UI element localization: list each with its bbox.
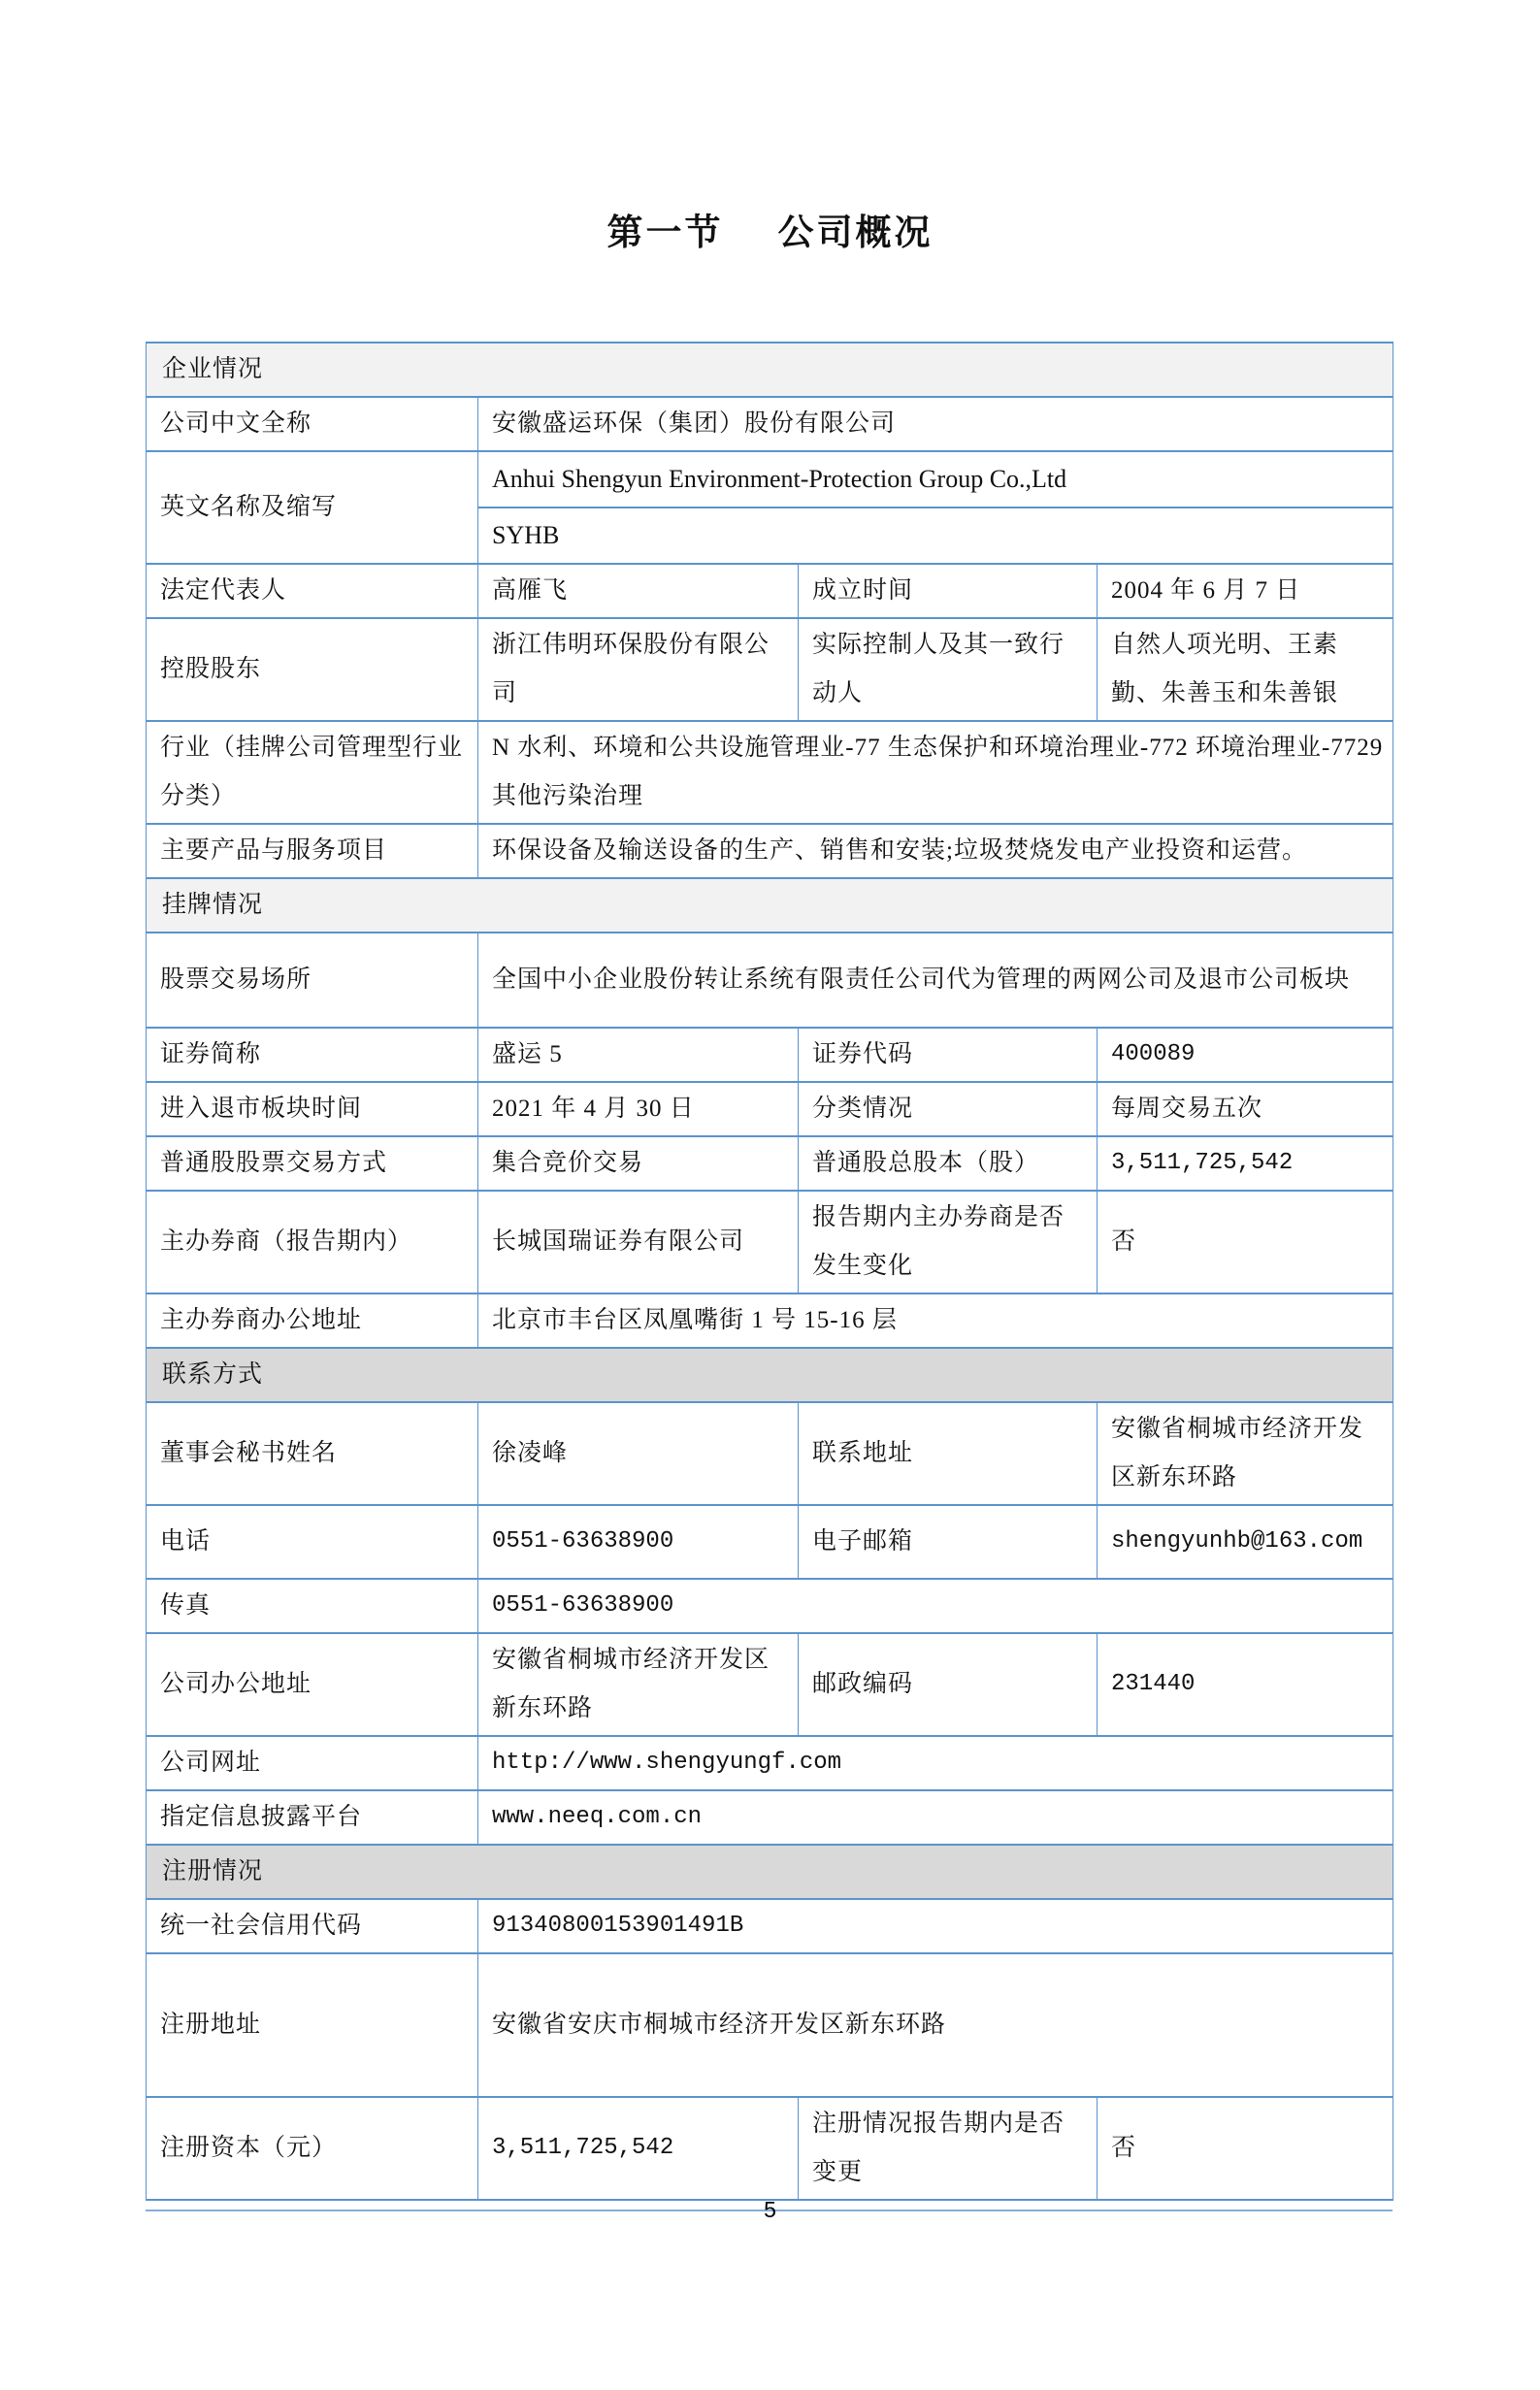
row-sponsor: 主办券商（报告期内） 长城国瑞证券有限公司 报告期内主办券商是否发生变化 否 xyxy=(147,1191,1393,1293)
cell-value: 91340800153901491B xyxy=(478,1899,1393,1953)
cell-label: 普通股股票交易方式 xyxy=(147,1136,478,1191)
cell-label: 法定代表人 xyxy=(147,564,478,618)
row-registered-address: 注册地址 安徽省安庆市桐城市经济开发区新东环路 xyxy=(147,1953,1393,2097)
cell-label: 控股股东 xyxy=(147,618,478,721)
cell-value: 2004 年 6 月 7 日 xyxy=(1098,564,1393,618)
row-trading-method: 普通股股票交易方式 集合竞价交易 普通股总股本（股） 3,511,725,542 xyxy=(147,1136,1393,1191)
row-products: 主要产品与服务项目 环保设备及输送设备的生产、销售和安装;垃圾焚烧发电产业投资和… xyxy=(147,824,1393,878)
cell-label: 指定信息披露平台 xyxy=(147,1790,478,1845)
cell-label: 统一社会信用代码 xyxy=(147,1899,478,1953)
cell-label: 股票交易场所 xyxy=(147,933,478,1028)
cell-label: 联系地址 xyxy=(799,1402,1098,1505)
cell-label: 报告期内主办券商是否发生变化 xyxy=(799,1191,1098,1293)
cell-label: 证券代码 xyxy=(799,1028,1098,1082)
cell-value: 0551-63638900 xyxy=(478,1579,1393,1633)
cell-label: 注册地址 xyxy=(147,1953,478,2097)
cell-value: 安徽省桐城市经济开发区新东环路 xyxy=(1098,1402,1393,1505)
cell-label: 实际控制人及其一致行动人 xyxy=(799,618,1098,721)
cell-label: 普通股总股本（股） xyxy=(799,1136,1098,1191)
cell-value: 400089 xyxy=(1098,1028,1393,1082)
row-holder: 控股股东 浙江伟明环保股份有限公司 实际控制人及其一致行动人 自然人项光明、王素… xyxy=(147,618,1393,721)
row-phone: 电话 0551-63638900 电子邮箱 shengyunhb@163.com xyxy=(147,1505,1393,1579)
cell-label: 公司中文全称 xyxy=(147,397,478,451)
section-header-label: 注册情况 xyxy=(147,1845,1393,1899)
cell-value: 安徽盛运环保（集团）股份有限公司 xyxy=(478,397,1393,451)
cell-value: 3,511,725,542 xyxy=(1098,1136,1393,1191)
section-header-registration: 注册情况 xyxy=(147,1845,1393,1899)
row-en-name-full: 英文名称及缩写 Anhui Shengyun Environment-Prote… xyxy=(147,451,1393,507)
cell-value: 否 xyxy=(1098,2097,1393,2200)
cell-value: Anhui Shengyun Environment-Protection Gr… xyxy=(478,451,1393,507)
cell-value: N 水利、环境和公共设施管理业-77 生态保护和环境治理业-772 环境治理业-… xyxy=(478,721,1393,824)
cell-label: 英文名称及缩写 xyxy=(147,451,478,564)
cell-value: 自然人项光明、王素勤、朱善玉和朱善银 xyxy=(1098,618,1393,721)
cell-label: 注册资本（元） xyxy=(147,2097,478,2200)
section-header-label: 挂牌情况 xyxy=(147,878,1393,933)
cell-value: 安徽省桐城市经济开发区新东环路 xyxy=(478,1633,799,1736)
cell-label: 主办券商（报告期内） xyxy=(147,1191,478,1293)
page-number: 5 xyxy=(0,2197,1540,2223)
cell-label: 公司网址 xyxy=(147,1736,478,1790)
section-header-listing: 挂牌情况 xyxy=(147,878,1393,933)
row-ticker: 证券简称 盛运 5 证券代码 400089 xyxy=(147,1028,1393,1082)
cell-label: 行业（挂牌公司管理型行业分类） xyxy=(147,721,478,824)
page-title: 第一节公司概况 xyxy=(0,212,1540,256)
cell-value: 北京市丰台区凤凰嘴街 1 号 15-16 层 xyxy=(478,1293,1393,1348)
row-venue: 股票交易场所 全国中小企业股份转让系统有限责任公司代为管理的两网公司及退市公司板… xyxy=(147,933,1393,1028)
cell-value: 徐凌峰 xyxy=(478,1402,799,1505)
cell-value: 否 xyxy=(1098,1191,1393,1293)
cell-value: 2021 年 4 月 30 日 xyxy=(478,1082,799,1136)
cell-value: 集合竞价交易 xyxy=(478,1136,799,1191)
cell-label: 证券简称 xyxy=(147,1028,478,1082)
cell-label: 主办券商办公地址 xyxy=(147,1293,478,1348)
cell-value: 高雁飞 xyxy=(478,564,799,618)
cell-value: 安徽省安庆市桐城市经济开发区新东环路 xyxy=(478,1953,1393,2097)
cell-label: 电子邮箱 xyxy=(799,1505,1098,1579)
row-office-address: 公司办公地址 安徽省桐城市经济开发区新东环路 邮政编码 231440 xyxy=(147,1633,1393,1736)
row-delist-date: 进入退市板块时间 2021 年 4 月 30 日 分类情况 每周交易五次 xyxy=(147,1082,1393,1136)
section-header-company: 企业情况 xyxy=(147,343,1393,397)
document-page: 第一节公司概况 企业情况 公司中文全称 安徽盛运环保（集团）股份有限公司 英文名… xyxy=(0,212,1540,2390)
cell-label: 成立时间 xyxy=(799,564,1098,618)
cell-label: 电话 xyxy=(147,1505,478,1579)
section-header-contact: 联系方式 xyxy=(147,1348,1393,1402)
row-credit-code: 统一社会信用代码 91340800153901491B xyxy=(147,1899,1393,1953)
cell-label: 邮政编码 xyxy=(799,1633,1098,1736)
cell-value: 231440 xyxy=(1098,1633,1393,1736)
title-text: 公司概况 xyxy=(778,213,934,253)
row-secretary: 董事会秘书姓名 徐凌峰 联系地址 安徽省桐城市经济开发区新东环路 xyxy=(147,1402,1393,1505)
section-header-label: 联系方式 xyxy=(147,1348,1393,1402)
cell-value: 每周交易五次 xyxy=(1098,1082,1393,1136)
cell-value: SYHB xyxy=(478,507,1393,564)
section-header-label: 企业情况 xyxy=(147,343,1393,397)
cell-label: 传真 xyxy=(147,1579,478,1633)
cell-value: 0551-63638900 xyxy=(478,1505,799,1579)
cell-label: 分类情况 xyxy=(799,1082,1098,1136)
company-info-table: 企业情况 公司中文全称 安徽盛运环保（集团）股份有限公司 英文名称及缩写 Anh… xyxy=(146,342,1393,2201)
cell-value: 盛运 5 xyxy=(478,1028,799,1082)
cell-value: 3,511,725,542 xyxy=(478,2097,799,2200)
cell-value: 长城国瑞证券有限公司 xyxy=(478,1191,799,1293)
cell-value: 全国中小企业股份转让系统有限责任公司代为管理的两网公司及退市公司板块 xyxy=(478,933,1393,1028)
row-sponsor-address: 主办券商办公地址 北京市丰台区凤凰嘴街 1 号 15-16 层 xyxy=(147,1293,1393,1348)
row-fax: 传真 0551-63638900 xyxy=(147,1579,1393,1633)
row-disclosure-platform: 指定信息披露平台 www.neeq.com.cn xyxy=(147,1790,1393,1845)
cell-label: 董事会秘书姓名 xyxy=(147,1402,478,1505)
cell-value: http://www.shengyungf.com xyxy=(478,1736,1393,1790)
cell-value: 浙江伟明环保股份有限公司 xyxy=(478,618,799,721)
cell-label: 进入退市板块时间 xyxy=(147,1082,478,1136)
cell-label: 公司办公地址 xyxy=(147,1633,478,1736)
row-registered-capital: 注册资本（元） 3,511,725,542 注册情况报告期内是否变更 否 xyxy=(147,2097,1393,2200)
cell-value: 环保设备及输送设备的生产、销售和安装;垃圾焚烧发电产业投资和运营。 xyxy=(478,824,1393,878)
cell-value: www.neeq.com.cn xyxy=(478,1790,1393,1845)
cell-value: shengyunhb@163.com xyxy=(1098,1505,1393,1579)
cell-label: 主要产品与服务项目 xyxy=(147,824,478,878)
cell-label: 注册情况报告期内是否变更 xyxy=(799,2097,1098,2200)
row-legal-rep: 法定代表人 高雁飞 成立时间 2004 年 6 月 7 日 xyxy=(147,564,1393,618)
title-section-number: 第一节 xyxy=(607,213,724,253)
row-cn-name: 公司中文全称 安徽盛运环保（集团）股份有限公司 xyxy=(147,397,1393,451)
row-website: 公司网址 http://www.shengyungf.com xyxy=(147,1736,1393,1790)
row-industry: 行业（挂牌公司管理型行业分类） N 水利、环境和公共设施管理业-77 生态保护和… xyxy=(147,721,1393,824)
